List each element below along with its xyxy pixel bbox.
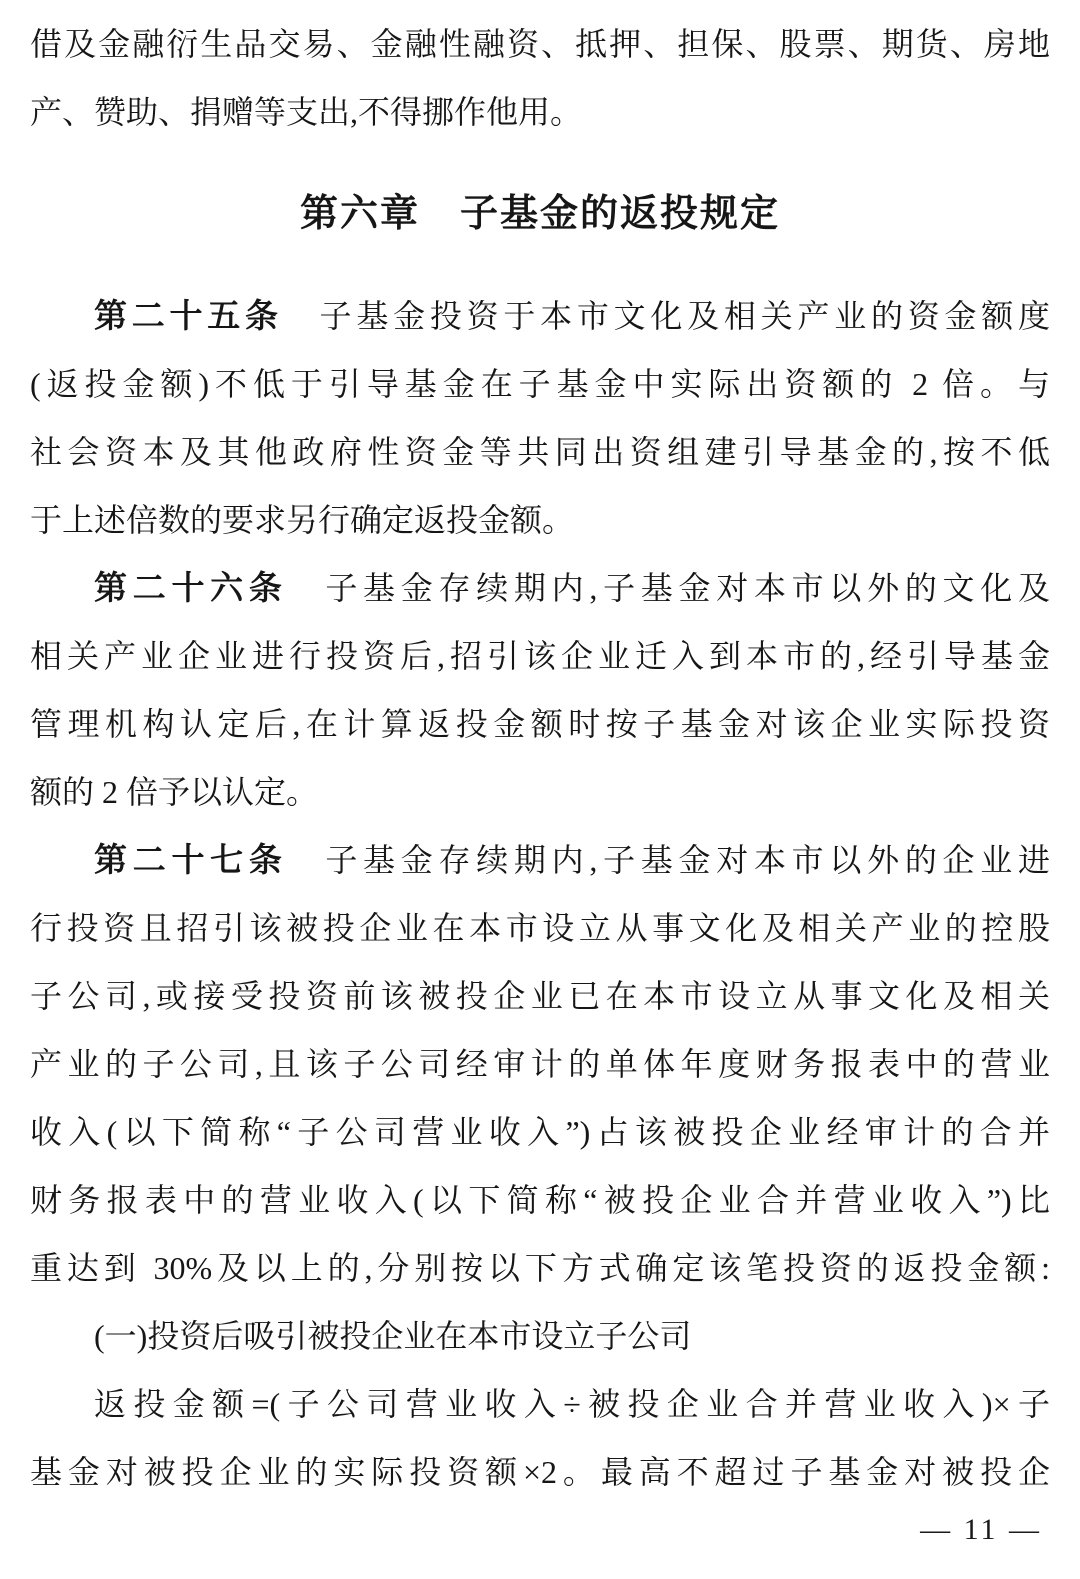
article-text: 子基金投资于本市文化及相关产业的资金额度 — [283, 298, 1050, 334]
body-line: 重达到 30%及以上的,分别按以下方式确定该笔投资的返投金额: — [30, 1234, 1050, 1302]
article-number: 第二十七条 — [94, 841, 288, 878]
body-line: (返投金额)不低于引导基金在子基金中实际出资额的 2 倍。与 — [30, 350, 1050, 418]
page-content: 借及金融衍生品交易、金融性融资、抵押、担保、股票、期货、房地 产、赞助、捐赠等支… — [0, 0, 1080, 1506]
body-line: 额的 2 倍予以认定。 — [30, 758, 1050, 826]
article-text: 子基金存续期内,子基金对本市以外的企业进 — [288, 842, 1050, 878]
formula-line: 返投金额=(子公司营业收入÷被投企业合并营业收入)×子 — [30, 1370, 1050, 1438]
article-number: 第二十六条 — [94, 569, 288, 606]
chapter-heading: 第六章 子基金的返投规定 — [30, 146, 1050, 282]
body-line: 财务报表中的营业收入(以下简称“被投企业合并营业收入”)比 — [30, 1166, 1050, 1234]
body-line: 产业的子公司,且该子公司经审计的单体年度财务报表中的营业 — [30, 1030, 1050, 1098]
body-line: 相关产业企业进行投资后,招引该企业迁入到本市的,经引导基金 — [30, 622, 1050, 690]
body-line: 子公司,或接受投资前该被投企业已在本市设立从事文化及相关 — [30, 962, 1050, 1030]
article-opening-line: 第二十七条 子基金存续期内,子基金对本市以外的企业进 — [30, 826, 1050, 894]
body-line: 管理机构认定后,在计算返投金额时按子基金对该企业实际投资 — [30, 690, 1050, 758]
body-line: 行投资且招引该被投企业在本市设立从事文化及相关产业的控股 — [30, 894, 1050, 962]
list-item-line: (一)投资后吸引被投企业在本市设立子公司 — [30, 1302, 1050, 1370]
article-opening-line: 第二十六条 子基金存续期内,子基金对本市以外的文化及 — [30, 554, 1050, 622]
body-line: 收入(以下简称“子公司营业收入”)占该被投企业经审计的合并 — [30, 1098, 1050, 1166]
document-page: 借及金融衍生品交易、金融性融资、抵押、担保、股票、期货、房地 产、赞助、捐赠等支… — [0, 0, 1080, 1579]
intro-line: 产、赞助、捐赠等支出,不得挪作他用。 — [30, 78, 1050, 146]
formula-line: 基金对被投企业的实际投资额×2。最高不超过子基金对被投企 — [30, 1438, 1050, 1506]
body-line: 社会资本及其他政府性资金等共同出资组建引导基金的,按不低 — [30, 418, 1050, 486]
page-number: — 11 — — [0, 1506, 1080, 1566]
article-number: 第二十五条 — [94, 297, 283, 334]
body-line: 于上述倍数的要求另行确定返投金额。 — [30, 486, 1050, 554]
article-opening-line: 第二十五条 子基金投资于本市文化及相关产业的资金额度 — [30, 282, 1050, 350]
intro-line: 借及金融衍生品交易、金融性融资、抵押、担保、股票、期货、房地 — [30, 10, 1050, 78]
article-text: 子基金存续期内,子基金对本市以外的文化及 — [288, 570, 1050, 606]
